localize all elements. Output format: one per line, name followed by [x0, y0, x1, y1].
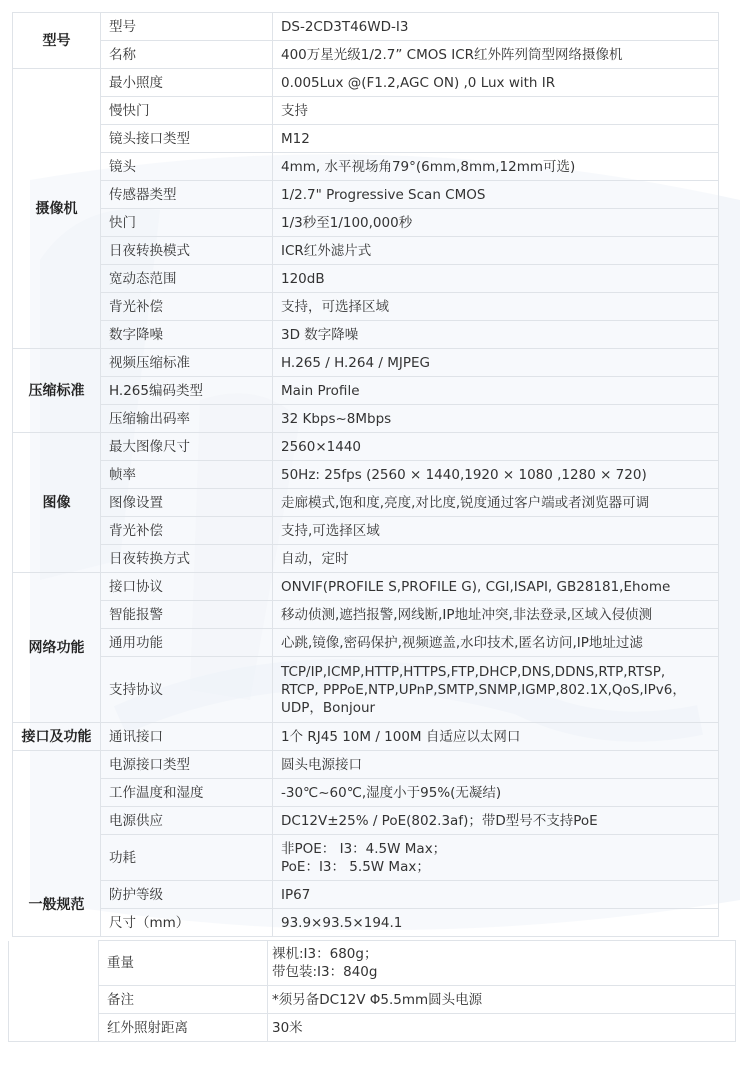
spec-value: TCP/IP,ICMP,HTTP,HTTPS,FTP,DHCP,DNS,DDNS… — [273, 657, 719, 723]
spec-value: 0.005Lux @(F1.2,AGC ON) ,0 Lux with IR — [273, 69, 719, 97]
spec-row: 功耗 非POE： I3：4.5W Max； PoE：I3： 5.5W Max； — [13, 835, 719, 881]
spec-row: 型号 型号 DS-2CD3T46WD-I3 — [13, 13, 719, 41]
spec-value: 自动，定时 — [273, 545, 719, 573]
spec-value: *须另备DC12V Φ5.5mm圆头电源 — [268, 986, 736, 1014]
spec-row: 镜头接口类型 M12 — [13, 125, 719, 153]
spec-label: 防护等级 — [101, 881, 273, 909]
spec-row: 一般规范 电源接口类型 圆头电源接口 — [13, 751, 719, 779]
spec-label: 背光补偿 — [101, 293, 273, 321]
spec-value: 30米 — [268, 1014, 736, 1042]
section-title-interface: 接口及功能 — [13, 723, 101, 751]
spec-label: 慢快门 — [101, 97, 273, 125]
spec-value: 心跳,镜像,密码保护,视频遮盖,水印技术,匿名访问,IP地址过滤 — [273, 629, 719, 657]
spec-value: 支持，可选择区域 — [273, 293, 719, 321]
spec-label: 背光补偿 — [101, 517, 273, 545]
spec-value: DC12V±25% / PoE(802.3af)；带D型号不支持PoE — [273, 807, 719, 835]
spec-row: 支持协议 TCP/IP,ICMP,HTTP,HTTPS,FTP,DHCP,DNS… — [13, 657, 719, 723]
spec-label: 接口协议 — [101, 573, 273, 601]
spec-row: 通用功能 心跳,镜像,密码保护,视频遮盖,水印技术,匿名访问,IP地址过滤 — [13, 629, 719, 657]
spec-label: 日夜转换方式 — [101, 545, 273, 573]
spec-label: 日夜转换模式 — [101, 237, 273, 265]
spec-row: 摄像机 最小照度 0.005Lux @(F1.2,AGC ON) ,0 Lux … — [13, 69, 719, 97]
spec-label: 镜头 — [101, 153, 273, 181]
spec-value: M12 — [273, 125, 719, 153]
spec-label: 最大图像尺寸 — [101, 433, 273, 461]
section-title-network: 网络功能 — [13, 573, 101, 723]
spec-row: 传感器类型 1/2.7" Progressive Scan CMOS — [13, 181, 719, 209]
spec-value: Main Profile — [273, 377, 719, 405]
spec-label: 数字降噪 — [101, 321, 273, 349]
spec-row: 工作温度和湿度 -30℃~60℃,湿度小于95%(无凝结) — [13, 779, 719, 807]
spec-table: 型号 型号 DS-2CD3T46WD-I3 名称 400万星光级1/2.7” C… — [12, 12, 719, 937]
spec-row: 背光补偿 支持，可选择区域 — [13, 293, 719, 321]
spec-label: 宽动态范围 — [101, 265, 273, 293]
spec-row: 数字降噪 3D 数字降噪 — [13, 321, 719, 349]
spec-row: 红外照射距离 30米 — [9, 1014, 736, 1042]
section-title-model: 型号 — [13, 13, 101, 69]
spec-label: 传感器类型 — [101, 181, 273, 209]
spec-label: 名称 — [101, 41, 273, 69]
spec-row: 名称 400万星光级1/2.7” CMOS ICR红外阵列筒型网络摄像机 — [13, 41, 719, 69]
spec-label: 压缩输出码率 — [101, 405, 273, 433]
section-title-compression: 压缩标准 — [13, 349, 101, 433]
spec-label: H.265编码类型 — [101, 377, 273, 405]
spec-row: 日夜转换模式 ICR红外滤片式 — [13, 237, 719, 265]
section-title-camera: 摄像机 — [13, 69, 101, 349]
spec-label: 电源供应 — [101, 807, 273, 835]
spec-value: 1/2.7" Progressive Scan CMOS — [273, 181, 719, 209]
spec-label: 智能报警 — [101, 601, 273, 629]
spec-row: 接口及功能 通讯接口 1个 RJ45 10M / 100M 自适应以太网口 — [13, 723, 719, 751]
spec-value: 4mm, 水平视场角79°(6mm,8mm,12mm可选) — [273, 153, 719, 181]
spec-value: 移动侦测,遮挡报警,网线断,IP地址冲突,非法登录,区域入侵侦测 — [273, 601, 719, 629]
spec-row: 背光补偿 支持,可选择区域 — [13, 517, 719, 545]
spec-label: 尺寸（mm） — [101, 909, 273, 937]
spec-value: ONVIF(PROFILE S,PROFILE G), CGI,ISAPI, G… — [273, 573, 719, 601]
spec-value: IP67 — [273, 881, 719, 909]
spec-label: 通讯接口 — [101, 723, 273, 751]
spec-label: 备注 — [99, 986, 268, 1014]
spec-label: 红外照射距离 — [99, 1014, 268, 1042]
spec-row: 帧率 50Hz: 25fps (2560 × 1440,1920 × 1080 … — [13, 461, 719, 489]
spec-value: 120dB — [273, 265, 719, 293]
spec-value: 400万星光级1/2.7” CMOS ICR红外阵列筒型网络摄像机 — [273, 41, 719, 69]
spec-label: 快门 — [101, 209, 273, 237]
spec-row: H.265编码类型 Main Profile — [13, 377, 719, 405]
spec-value: 50Hz: 25fps (2560 × 1440,1920 × 1080 ,12… — [273, 461, 719, 489]
spec-row: 防护等级 IP67 — [13, 881, 719, 909]
spec-value: 93.9×93.5×194.1 — [273, 909, 719, 937]
spec-value: -30℃~60℃,湿度小于95%(无凝结) — [273, 779, 719, 807]
spec-label: 工作温度和湿度 — [101, 779, 273, 807]
spec-row: 镜头 4mm, 水平视场角79°(6mm,8mm,12mm可选) — [13, 153, 719, 181]
spec-value: 圆头电源接口 — [273, 751, 719, 779]
spec-value: H.265 / H.264 / MJPEG — [273, 349, 719, 377]
spec-value: 走廊模式,饱和度,亮度,对比度,锐度通过客户端或者浏览器可调 — [273, 489, 719, 517]
spec-value: 裸机:I3：680g； 带包装:I3：840g — [268, 941, 736, 986]
spec-label: 重量 — [99, 941, 268, 986]
spec-row: 日夜转换方式 自动，定时 — [13, 545, 719, 573]
section-title-general: 一般规范 — [13, 751, 101, 937]
spec-value: 3D 数字降噪 — [273, 321, 719, 349]
section-title-image: 图像 — [13, 433, 101, 573]
spec-label: 镜头接口类型 — [101, 125, 273, 153]
spec-label: 最小照度 — [101, 69, 273, 97]
spec-label: 帧率 — [101, 461, 273, 489]
spec-label: 视频压缩标准 — [101, 349, 273, 377]
spec-label: 型号 — [101, 13, 273, 41]
spec-value: DS-2CD3T46WD-I3 — [273, 13, 719, 41]
spec-value: 支持 — [273, 97, 719, 125]
spec-value: ICR红外滤片式 — [273, 237, 719, 265]
spec-value: 1/3秒至1/100,000秒 — [273, 209, 719, 237]
spec-row: 快门 1/3秒至1/100,000秒 — [13, 209, 719, 237]
spec-row: 图像 最大图像尺寸 2560×1440 — [13, 433, 719, 461]
spec-label: 通用功能 — [101, 629, 273, 657]
spec-label: 功耗 — [101, 835, 273, 881]
spec-row: 网络功能 接口协议 ONVIF(PROFILE S,PROFILE G), CG… — [13, 573, 719, 601]
spec-row: 压缩输出码率 32 Kbps~8Mbps — [13, 405, 719, 433]
extra-spec-table: 重量 裸机:I3：680g； 带包装:I3：840g 备注 *须另备DC12V … — [8, 940, 736, 1042]
spec-label: 支持协议 — [101, 657, 273, 723]
spec-value: 32 Kbps~8Mbps — [273, 405, 719, 433]
spec-row: 电源供应 DC12V±25% / PoE(802.3af)；带D型号不支持PoE — [13, 807, 719, 835]
spec-value: 非POE： I3：4.5W Max； PoE：I3： 5.5W Max； — [273, 835, 719, 881]
spec-row: 慢快门 支持 — [13, 97, 719, 125]
spec-row: 尺寸（mm） 93.9×93.5×194.1 — [13, 909, 719, 937]
empty-section-cell — [9, 941, 99, 1042]
spec-value: 1个 RJ45 10M / 100M 自适应以太网口 — [273, 723, 719, 751]
spec-row: 智能报警 移动侦测,遮挡报警,网线断,IP地址冲突,非法登录,区域入侵侦测 — [13, 601, 719, 629]
spec-value: 支持,可选择区域 — [273, 517, 719, 545]
spec-row: 宽动态范围 120dB — [13, 265, 719, 293]
spec-value: 2560×1440 — [273, 433, 719, 461]
spec-row: 图像设置 走廊模式,饱和度,亮度,对比度,锐度通过客户端或者浏览器可调 — [13, 489, 719, 517]
spec-row: 备注 *须另备DC12V Φ5.5mm圆头电源 — [9, 986, 736, 1014]
spec-row: 压缩标准 视频压缩标准 H.265 / H.264 / MJPEG — [13, 349, 719, 377]
spec-label: 电源接口类型 — [101, 751, 273, 779]
spec-row: 重量 裸机:I3：680g； 带包装:I3：840g — [9, 941, 736, 986]
spec-label: 图像设置 — [101, 489, 273, 517]
